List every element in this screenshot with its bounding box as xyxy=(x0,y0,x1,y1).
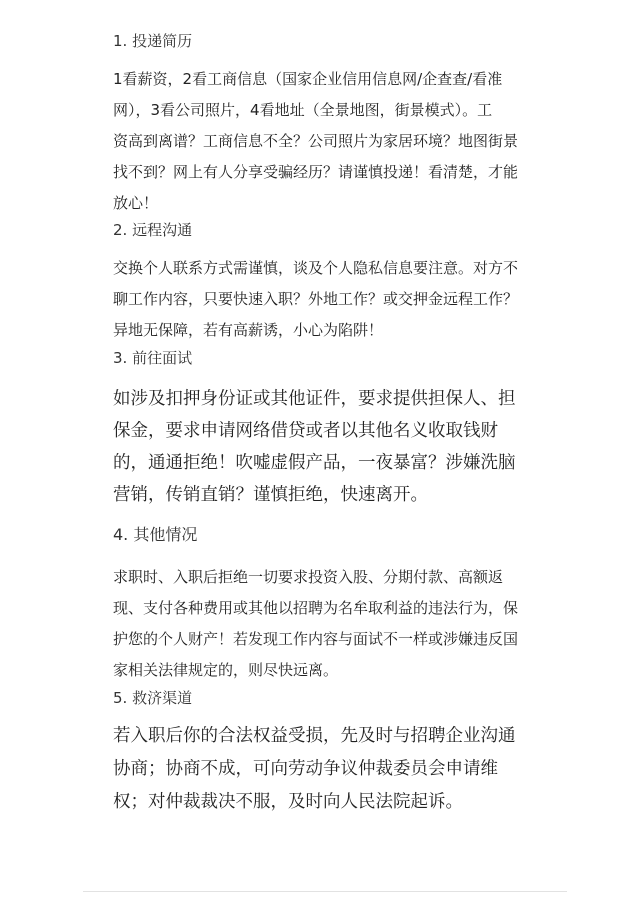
section-heading-4: 4. 其他情况 xyxy=(113,522,197,545)
bottom-divider xyxy=(83,891,567,892)
paragraph-line: 异地无保障，若有高薪诱，小心为陷阱！ xyxy=(113,315,533,346)
paragraph-line: 1看薪资，2看工商信息（国家企业信用信息网/企查查/看准 xyxy=(113,64,533,95)
paragraph-line: 求职时、入职后拒绝一切要求投资入股、分期付款、高额返 xyxy=(113,562,533,593)
section-paragraph-5: 若入职后你的合法权益受损，先及时与招聘企业沟通 协商；协商不成，可向劳动争议仲裁… xyxy=(113,720,533,819)
paragraph-line: 权；对仲裁裁决不服，及时向人民法院起诉。 xyxy=(113,786,533,819)
paragraph-line: 的，通通拒绝！吹嘘虚假产品，一夜暴富？涉嫌洗脑 xyxy=(113,447,533,479)
paragraph-line: 交换个人联系方式需谨慎，谈及个人隐私信息要注意。对方不 xyxy=(113,253,533,284)
section-paragraph-4: 求职时、入职后拒绝一切要求投资入股、分期付款、高额返 现、支付各种费用或其他以招… xyxy=(113,562,533,686)
paragraph-line: 家相关法律规定的，则尽快远离。 xyxy=(113,655,533,686)
paragraph-line: 放心！ xyxy=(113,188,533,219)
section-heading-3: 3. 前往面试 xyxy=(113,347,192,368)
section-heading-1: 1. 投递简历 xyxy=(113,30,192,51)
section-paragraph-2: 交换个人联系方式需谨慎，谈及个人隐私信息要注意。对方不 聊工作内容，只要快速入职… xyxy=(113,253,533,346)
paragraph-line: 现、支付各种费用或其他以招聘为名牟取利益的违法行为，保 xyxy=(113,593,533,624)
paragraph-line: 如涉及扣押身份证或其他证件，要求提供担保人、担 xyxy=(113,383,533,415)
paragraph-line: 找不到？网上有人分享受骗经历？请谨慎投递！看清楚，才能 xyxy=(113,157,533,188)
paragraph-line: 资高到离谱？工商信息不全？公司照片为家居环境？地图街景 xyxy=(113,126,533,157)
section-paragraph-1: 1看薪资，2看工商信息（国家企业信用信息网/企查查/看准 网），3看公司照片，4… xyxy=(113,64,533,219)
paragraph-line: 护您的个人财产！若发现工作内容与面试不一样或涉嫌违反国 xyxy=(113,624,533,655)
section-heading-5: 5. 救济渠道 xyxy=(113,687,192,708)
paragraph-line: 聊工作内容，只要快速入职？外地工作？或交押金远程工作？ xyxy=(113,284,533,315)
section-paragraph-3: 如涉及扣押身份证或其他证件，要求提供担保人、担 保金，要求申请网络借贷或者以其他… xyxy=(113,383,533,511)
section-heading-2: 2. 远程沟通 xyxy=(113,219,192,240)
paragraph-line: 协商；协商不成，可向劳动争议仲裁委员会申请维 xyxy=(113,753,533,786)
paragraph-line: 营销，传销直销？谨慎拒绝，快速离开。 xyxy=(113,479,533,511)
paragraph-line: 网），3看公司照片，4看地址（全景地图，街景模式）。工 xyxy=(113,95,533,126)
paragraph-line: 保金，要求申请网络借贷或者以其他名义收取钱财 xyxy=(113,415,533,447)
paragraph-line: 若入职后你的合法权益受损，先及时与招聘企业沟通 xyxy=(113,720,533,753)
